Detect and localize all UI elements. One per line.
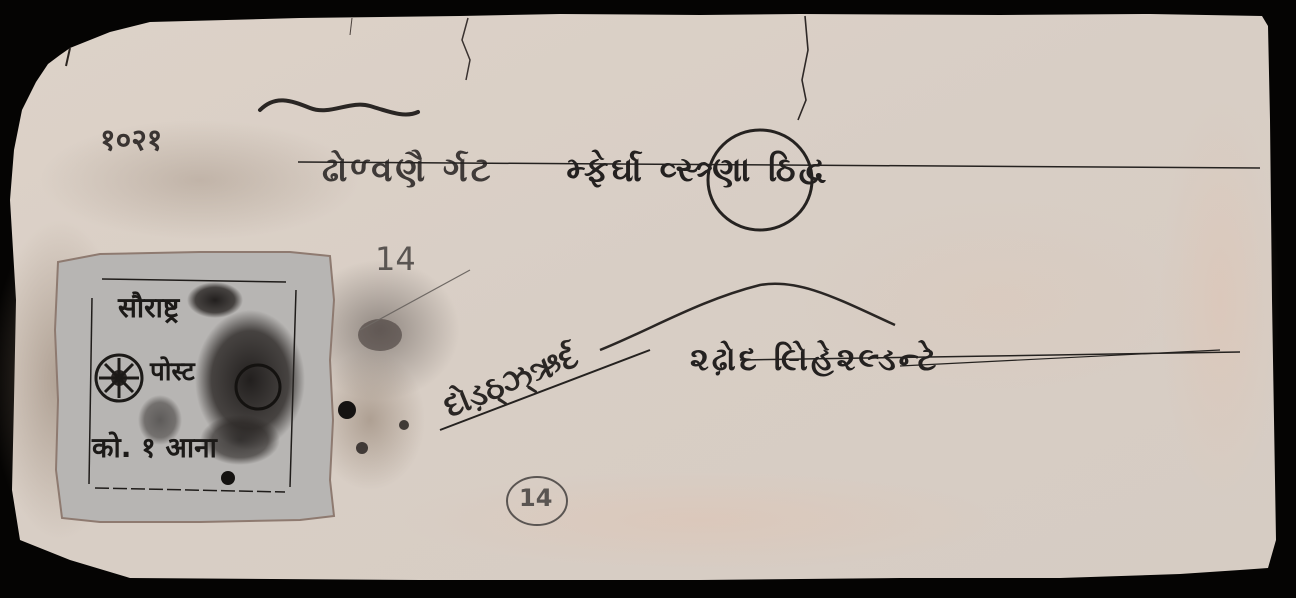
photo-stage: सौराष्ट्र पोस्ट को. १ आना 14 14 १०२१ ઢોળ… — [0, 0, 1296, 598]
handwritten-numeral: १०२१ — [100, 118, 162, 159]
circled-number-14: 14 — [519, 484, 552, 512]
envelope-photo — [0, 0, 1296, 598]
rosette-emblem — [96, 355, 142, 401]
stamp-text-line1: सौराष्ट्र — [118, 288, 179, 326]
address-line-1: ઢોળ્વણૈ ર્ગટ મ્ફેર્ઘા વ્સ્ત્ર્ણા ઠિદ્વ — [322, 150, 829, 190]
stamp-text-line2: पोस्ट — [150, 352, 195, 388]
pencil-number-14: 14 — [375, 240, 416, 278]
stamp-text-line3: को. १ आना — [92, 428, 217, 466]
address-line-2: ૨ઢ઼ોદ ૯ોિહે૨લ્ડન્ટે — [690, 340, 939, 379]
